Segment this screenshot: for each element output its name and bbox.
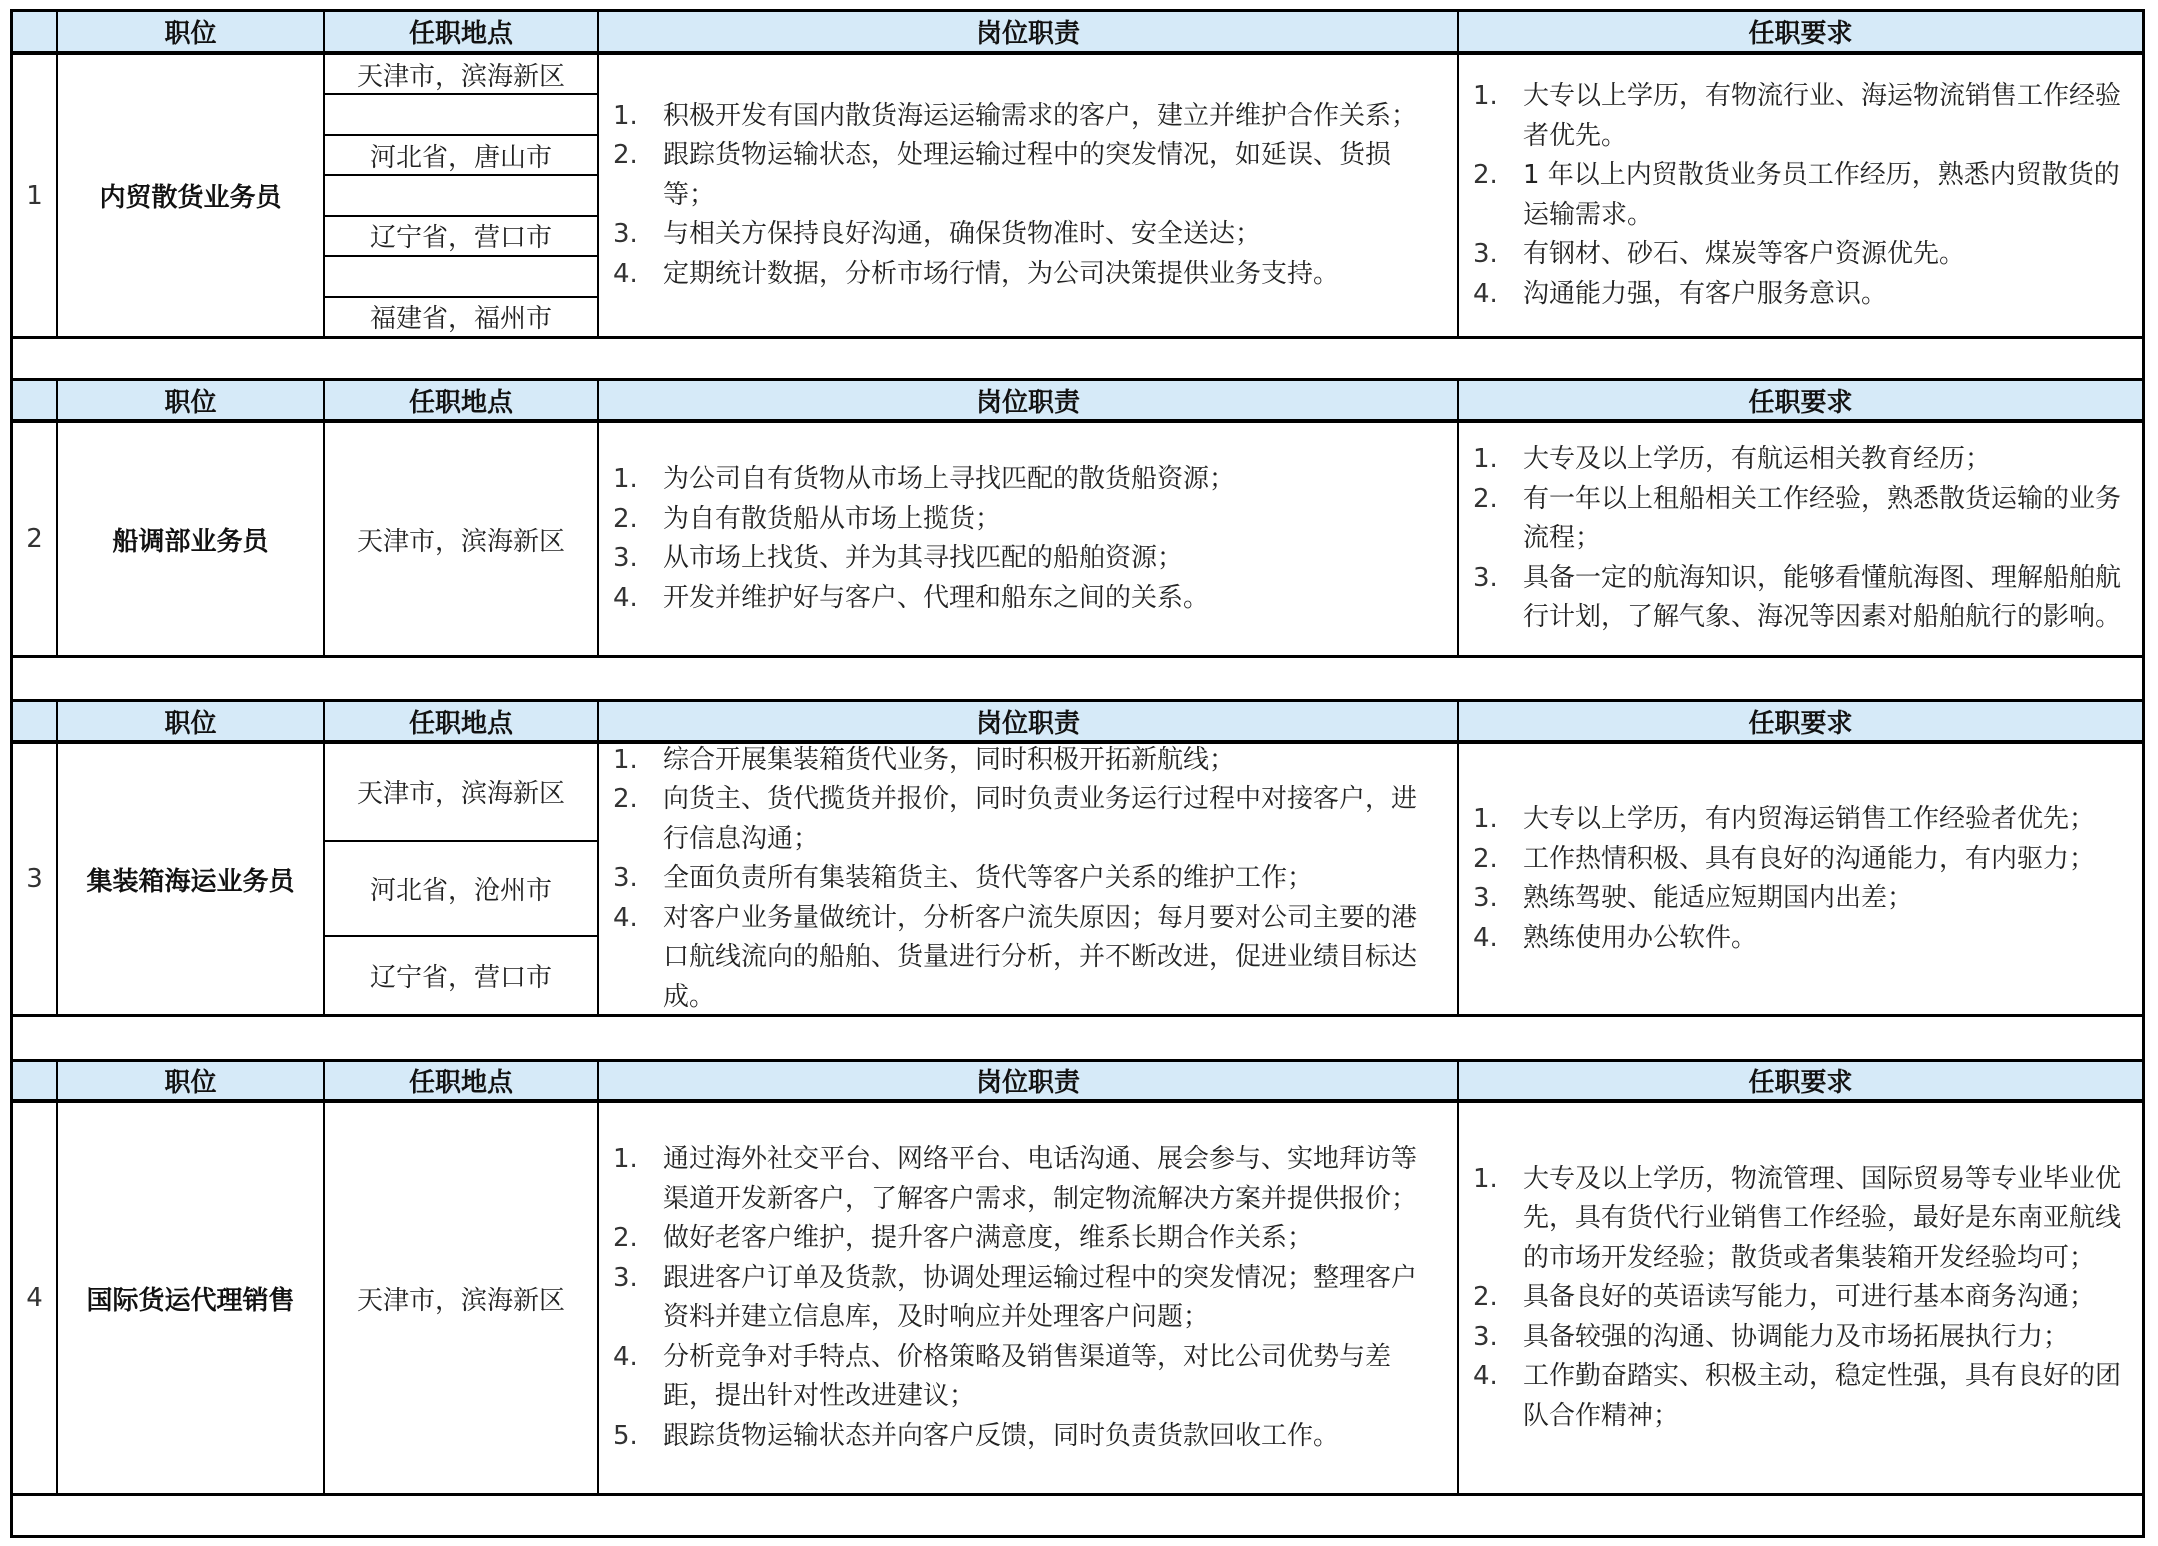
requirements-list: 1.大专及以上学历，有航运相关教育经历； 2.有一年以上租船相关工作经验，熟悉散… <box>1459 423 2142 655</box>
row-number: 4 <box>13 1103 58 1493</box>
job-table-4: 职位 任职地点 岗位职责 任职要求 4 国际货运代理销售 天津市，滨海新区 1.… <box>10 1059 2145 1496</box>
row-number: 3 <box>13 744 58 1014</box>
spacer-row <box>10 339 2145 380</box>
header-position: 职位 <box>58 702 325 740</box>
table-header: 职位 任职地点 岗位职责 任职要求 <box>13 1062 2142 1103</box>
row-number: 2 <box>13 423 58 655</box>
location-item: 天津市，滨海新区 <box>325 55 597 95</box>
location-item: 福建省，福州市 <box>325 298 597 336</box>
location-item <box>325 95 597 135</box>
header-duties: 岗位职责 <box>599 702 1459 740</box>
duty-item: 1.为公司自有货物从市场上寻找匹配的散货船资源； <box>613 460 1437 500</box>
requirement-item: 1.大专及以上学历，有航运相关教育经历； <box>1473 440 2122 480</box>
header-position: 职位 <box>58 1062 325 1099</box>
location-item: 河北省，沧州市 <box>325 842 597 938</box>
location-item: 辽宁省，营口市 <box>325 937 597 1014</box>
header-location: 任职地点 <box>325 381 599 419</box>
position-title: 集装箱海运业务员 <box>58 744 325 1014</box>
location-item: 辽宁省，营口市 <box>325 217 597 257</box>
duty-item: 3.从市场上找货、并为其寻找匹配的船舶资源； <box>613 539 1437 579</box>
requirement-item: 2.有一年以上租船相关工作经验，熟悉散货运输的业务流程； <box>1473 480 2122 559</box>
duty-item: 2.做好老客户维护，提升客户满意度，维系长期合作关系； <box>613 1219 1437 1259</box>
duty-item: 2.跟踪货物运输状态，处理运输过程中的突发情况，如延误、货损等； <box>613 136 1437 215</box>
duty-item: 3.跟进客户订单及货款，协调处理运输过程中的突发情况；整理客户资料并建立信息库，… <box>613 1259 1437 1338</box>
requirement-item: 2.1 年以上内贸散货业务员工作经历，熟悉内贸散货的运输需求。 <box>1473 156 2122 235</box>
header-requirements: 任职要求 <box>1459 702 2142 740</box>
header-position: 职位 <box>58 12 325 51</box>
location-item: 天津市，滨海新区 <box>325 423 597 655</box>
duty-item: 1.综合开展集装箱货代业务，同时积极开拓新航线； <box>613 741 1437 781</box>
table-row: 1 内贸散货业务员 天津市，滨海新区 河北省，唐山市 辽宁省，营口市 福建省，福… <box>13 55 2142 336</box>
job-table-3: 职位 任职地点 岗位职责 任职要求 3 集装箱海运业务员 天津市，滨海新区 河北… <box>10 699 2145 1017</box>
duty-item: 4.分析竞争对手特点、价格策略及销售渠道等，对比公司优势与差距，提出针对性改进建… <box>613 1338 1437 1417</box>
requirements-list: 1.大专及以上学历，物流管理、国际贸易等专业毕业优先，具有货代行业销售工作经验，… <box>1459 1103 2142 1493</box>
header-num <box>13 381 58 419</box>
table-row: 3 集装箱海运业务员 天津市，滨海新区 河北省，沧州市 辽宁省，营口市 1.综合… <box>13 744 2142 1014</box>
table-header: 职位 任职地点 岗位职责 任职要求 <box>13 702 2142 744</box>
table-row: 2 船调部业务员 天津市，滨海新区 1.为公司自有货物从市场上寻找匹配的散货船资… <box>13 423 2142 655</box>
table-header: 职位 任职地点 岗位职责 任职要求 <box>13 381 2142 423</box>
header-requirements: 任职要求 <box>1459 381 2142 419</box>
spacer-row <box>10 658 2145 701</box>
location-list: 天津市，滨海新区 <box>325 1103 599 1493</box>
header-duties: 岗位职责 <box>599 12 1459 51</box>
location-list: 天津市，滨海新区 河北省，沧州市 辽宁省，营口市 <box>325 744 599 1014</box>
job-table-2: 职位 任职地点 岗位职责 任职要求 2 船调部业务员 天津市，滨海新区 1.为公… <box>10 378 2145 658</box>
job-table-1: 职位 任职地点 岗位职责 任职要求 1 内贸散货业务员 天津市，滨海新区 河北省… <box>10 9 2145 339</box>
header-position: 职位 <box>58 381 325 419</box>
position-title: 国际货运代理销售 <box>58 1103 325 1493</box>
requirement-item: 1.大专以上学历，有物流行业、海运物流销售工作经验者优先。 <box>1473 77 2122 156</box>
duty-item: 3.与相关方保持良好沟通，确保货物准时、安全送达； <box>613 215 1437 255</box>
row-number: 1 <box>13 55 58 336</box>
requirement-item: 3.具备较强的沟通、协调能力及市场拓展执行力； <box>1473 1318 2122 1358</box>
location-item <box>325 176 597 216</box>
duty-item: 2.向货主、货代揽货并报价，同时负责业务运行过程中对接客户，进行信息沟通； <box>613 780 1437 859</box>
header-requirements: 任职要求 <box>1459 12 2142 51</box>
duty-item: 1.通过海外社交平台、网络平台、电话沟通、展会参与、实地拜访等渠道开发新客户，了… <box>613 1140 1437 1219</box>
location-list: 天津市，滨海新区 河北省，唐山市 辽宁省，营口市 福建省，福州市 <box>325 55 599 336</box>
header-duties: 岗位职责 <box>599 1062 1459 1099</box>
table-row: 4 国际货运代理销售 天津市，滨海新区 1.通过海外社交平台、网络平台、电话沟通… <box>13 1103 2142 1493</box>
location-item: 天津市，滨海新区 <box>325 744 597 842</box>
spacer-row <box>10 1017 2145 1061</box>
requirement-item: 4.工作勤奋踏实、积极主动，稳定性强，具有良好的团队合作精神； <box>1473 1357 2122 1436</box>
header-num <box>13 12 58 51</box>
duty-item: 2.为自有散货船从市场上揽货； <box>613 500 1437 540</box>
location-list: 天津市，滨海新区 <box>325 423 599 655</box>
header-location: 任职地点 <box>325 12 599 51</box>
duty-item: 1.积极开发有国内散货海运运输需求的客户，建立并维护合作关系； <box>613 97 1437 137</box>
header-location: 任职地点 <box>325 1062 599 1099</box>
location-item: 河北省，唐山市 <box>325 136 597 176</box>
requirement-item: 2.工作热情积极、具有良好的沟通能力，有内驱力； <box>1473 840 2122 880</box>
requirement-item: 4.熟练使用办公软件。 <box>1473 919 2122 959</box>
duty-item: 3.全面负责所有集装箱货主、货代等客户关系的维护工作； <box>613 859 1437 899</box>
requirement-item: 3.具备一定的航海知识，能够看懂航海图、理解船舶航行计划，了解气象、海况等因素对… <box>1473 559 2122 638</box>
header-num <box>13 702 58 740</box>
location-item: 天津市，滨海新区 <box>325 1103 597 1493</box>
requirement-item: 2.具备良好的英语读写能力，可进行基本商务沟通； <box>1473 1278 2122 1318</box>
requirement-item: 3.有钢材、砂石、煤炭等客户资源优先。 <box>1473 235 2122 275</box>
duty-item: 4.对客户业务量做统计，分析客户流失原因；每月要对公司主要的港口航线流向的船舶、… <box>613 899 1437 1018</box>
header-num <box>13 1062 58 1099</box>
duty-item: 4.开发并维护好与客户、代理和船东之间的关系。 <box>613 579 1437 619</box>
duties-list: 1.为公司自有货物从市场上寻找匹配的散货船资源； 2.为自有散货船从市场上揽货；… <box>599 423 1459 655</box>
header-duties: 岗位职责 <box>599 381 1459 419</box>
duties-list: 1.综合开展集装箱货代业务，同时积极开拓新航线； 2.向货主、货代揽货并报价，同… <box>599 744 1459 1014</box>
table-header: 职位 任职地点 岗位职责 任职要求 <box>13 12 2142 55</box>
duty-item: 5.跟踪货物运输状态并向客户反馈，同时负责货款回收工作。 <box>613 1417 1437 1457</box>
requirements-list: 1.大专以上学历，有物流行业、海运物流销售工作经验者优先。 2.1 年以上内贸散… <box>1459 55 2142 336</box>
requirement-item: 1.大专及以上学历，物流管理、国际贸易等专业毕业优先，具有货代行业销售工作经验，… <box>1473 1160 2122 1279</box>
position-title: 内贸散货业务员 <box>58 55 325 336</box>
requirement-item: 3.熟练驾驶、能适应短期国内出差； <box>1473 879 2122 919</box>
header-requirements: 任职要求 <box>1459 1062 2142 1099</box>
position-title: 船调部业务员 <box>58 423 325 655</box>
requirements-list: 1.大专以上学历，有内贸海运销售工作经验者优先； 2.工作热情积极、具有良好的沟… <box>1459 744 2142 1014</box>
requirement-item: 1.大专以上学历，有内贸海运销售工作经验者优先； <box>1473 800 2122 840</box>
duty-item: 4.定期统计数据，分析市场行情，为公司决策提供业务支持。 <box>613 255 1437 295</box>
location-item <box>325 257 597 297</box>
header-location: 任职地点 <box>325 702 599 740</box>
requirement-item: 4.沟通能力强，有客户服务意识。 <box>1473 275 2122 315</box>
spacer-row <box>10 1496 2145 1538</box>
duties-list: 1.积极开发有国内散货海运运输需求的客户，建立并维护合作关系； 2.跟踪货物运输… <box>599 55 1459 336</box>
duties-list: 1.通过海外社交平台、网络平台、电话沟通、展会参与、实地拜访等渠道开发新客户，了… <box>599 1103 1459 1493</box>
